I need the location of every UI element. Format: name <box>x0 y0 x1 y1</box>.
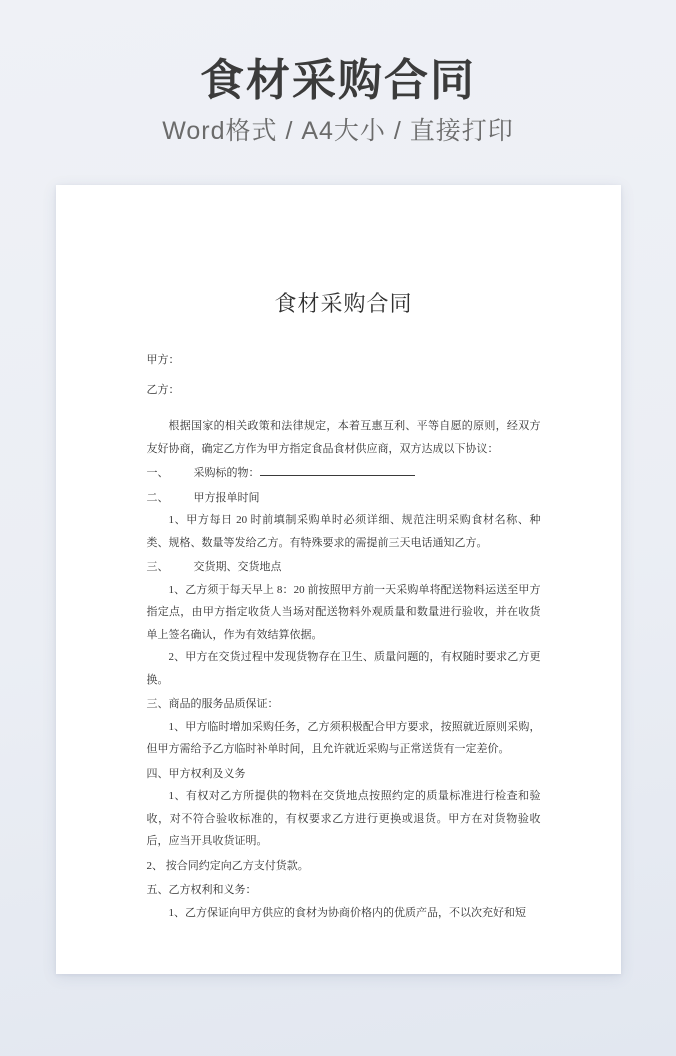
page-header: 食材采购合同 Word格式 / A4大小 / 直接打印 <box>0 0 676 145</box>
paragraph-text: 采购标的物： <box>194 467 260 479</box>
doc-paragraph: 甲方： <box>147 349 541 372</box>
doc-paragraph: 乙方： <box>147 379 541 402</box>
paragraph-text: 交货期、交货地点 <box>194 561 282 573</box>
doc-paragraph: 四、甲方权利及义务 <box>147 763 541 786</box>
item-number: 三、 <box>147 556 194 579</box>
doc-paragraph: 1、乙方保证向甲方供应的食材为协商价格内的优质产品，不以次充好和短 <box>147 902 541 925</box>
paragraph-text: 1、有权对乙方所提供的物料在交货地点按照约定的质量标准进行检查和验收，对不符合验… <box>147 790 541 847</box>
doc-paragraph: 1、甲方每日 20 时前填制采购单时必须详细、规范注明采购食材名称、种类、规格、… <box>147 509 541 554</box>
doc-paragraph: 1、甲方临时增加采购任务，乙方须积极配合甲方要求，按照就近原则采购，但甲方需给予… <box>147 716 541 761</box>
template-preview-page: { "header": { "title": "食材采购合同", "subtit… <box>0 0 676 1056</box>
paragraph-text: 2、 按合同约定向乙方支付货款。 <box>147 860 309 872</box>
paragraph-text: 甲方： <box>147 354 180 366</box>
doc-paragraphs: 甲方：乙方：根据国家的相关政策和法律规定，本着互惠互利、平等自愿的原则，经双方友… <box>147 349 541 924</box>
contract-page-preview: 食材采购合同 甲方：乙方：根据国家的相关政策和法律规定，本着互惠互利、平等自愿的… <box>56 185 621 974</box>
doc-paragraph: 一、采购标的物： <box>147 462 541 485</box>
paragraph-text: 甲方报单时间 <box>194 492 260 504</box>
paragraph-text: 1、甲方每日 20 时前填制采购单时必须详细、规范注明采购食材名称、种类、规格、… <box>147 514 541 549</box>
doc-paragraph: 2、甲方在交货过程中发现货物存在卫生、质量问题的，有权随时要求乙方更换。 <box>147 646 541 691</box>
item-number: 二、 <box>147 487 194 510</box>
paragraph-text: 乙方： <box>147 384 180 396</box>
paragraph-text: 五、乙方权利和义务： <box>147 884 257 896</box>
fill-in-blank-line <box>260 465 415 476</box>
doc-paragraph: 2、 按合同约定向乙方支付货款。 <box>147 855 541 878</box>
paragraph-text: 四、甲方权利及义务 <box>147 768 246 780</box>
paragraph-text: 三、商品的服务品质保证： <box>147 698 279 710</box>
doc-paragraph: 二、甲方报单时间 <box>147 487 541 510</box>
contract-document: 食材采购合同 甲方：乙方：根据国家的相关政策和法律规定，本着互惠互利、平等自愿的… <box>56 185 621 924</box>
doc-paragraph: 三、交货期、交货地点 <box>147 556 541 579</box>
paragraph-text: 1、乙方保证向甲方供应的食材为协商价格内的优质产品，不以次充好和短 <box>169 907 527 919</box>
doc-paragraph: 五、乙方权利和义务： <box>147 879 541 902</box>
document-title: 食材采购合同 <box>147 289 541 319</box>
paragraph-text: 1、乙方须于每天早上 8：20 前按照甲方前一天采购单将配送物料运送至甲方指定点… <box>147 584 541 641</box>
page-subtitle: Word格式 / A4大小 / 直接打印 <box>0 117 676 145</box>
doc-paragraph: 1、有权对乙方所提供的物料在交货地点按照约定的质量标准进行检查和验收，对不符合验… <box>147 785 541 853</box>
doc-paragraph: 1、乙方须于每天早上 8：20 前按照甲方前一天采购单将配送物料运送至甲方指定点… <box>147 579 541 647</box>
paragraph-text: 2、甲方在交货过程中发现货物存在卫生、质量问题的，有权随时要求乙方更换。 <box>147 651 541 686</box>
doc-paragraph: 三、商品的服务品质保证： <box>147 693 541 716</box>
paragraph-text: 1、甲方临时增加采购任务，乙方须积极配合甲方要求，按照就近原则采购，但甲方需给予… <box>147 721 541 756</box>
paragraph-text: 根据国家的相关政策和法律规定，本着互惠互利、平等自愿的原则，经双方友好协商，确定… <box>147 420 541 455</box>
item-number: 一、 <box>147 462 194 485</box>
page-title: 食材采购合同 <box>0 56 676 106</box>
doc-paragraph: 根据国家的相关政策和法律规定，本着互惠互利、平等自愿的原则，经双方友好协商，确定… <box>147 415 541 460</box>
